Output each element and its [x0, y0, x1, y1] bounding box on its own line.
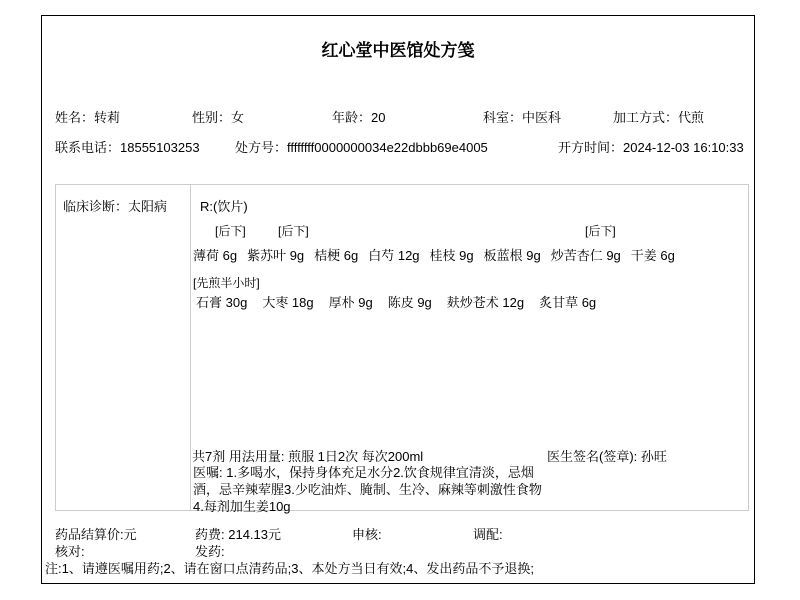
decoct-later-tag: [后下]	[278, 222, 309, 239]
medicine-item: 桂枝 9g	[430, 245, 474, 264]
medicine-item: 桔梗 6g	[314, 245, 358, 264]
medicine-row-2: 石膏 30g大枣 18g厚朴 9g陈皮 9g麸炒苍术 12g炙甘草 6g	[196, 292, 596, 311]
phone-value: 18555103253	[120, 140, 200, 155]
department-value: 中医科	[522, 110, 561, 125]
table-column-divider	[190, 185, 191, 510]
department-label: 科室：	[483, 110, 522, 125]
medicine-item: 大枣 18g	[262, 292, 313, 311]
open-time-field: 开方时间：2024-12-03 16:10:33	[558, 137, 744, 156]
patient-name-label: 姓名：	[55, 110, 94, 125]
open-time-value: 2024-12-03 16:10:33	[623, 140, 744, 155]
patient-age-value: 20	[371, 110, 385, 125]
review-label: 申核:	[352, 527, 382, 542]
doctor-signature-label: 医生签名(签章):	[547, 449, 641, 464]
decoct-later-tag: [后下]	[215, 222, 246, 239]
patient-age-field: 年龄：20	[332, 107, 385, 126]
diagnosis-label: 临床诊断：	[63, 199, 128, 214]
check-label: 核对:	[55, 544, 85, 559]
medicine-item: 炙甘草 6g	[539, 292, 596, 311]
diagnosis-field: 临床诊断：太阳病	[63, 196, 167, 215]
decoct-later-tag: [后下]	[585, 222, 616, 239]
diagnosis-value: 太阳病	[128, 199, 167, 214]
medicine-item: 白芍 12g	[368, 245, 419, 264]
medical-advice: 医嘱: 1.多喝水，保持身体充足水分2.饮食规律宜清淡，忌烟酒，忌辛辣荤腥3.少…	[193, 464, 543, 515]
medicine-item: 麸炒苍术 12g	[447, 292, 524, 311]
medicine-fee-value: 214.13元	[228, 527, 281, 542]
medicine-item: 厚朴 9g	[329, 292, 373, 311]
rx-number-label: 处方号：	[235, 140, 287, 155]
dispense-field: 调配:	[473, 524, 503, 543]
patient-gender-field: 性别：女	[192, 107, 244, 126]
settlement-price-value: 元	[124, 527, 137, 542]
doctor-signature-value: 孙旺	[641, 449, 667, 464]
processing-method-value: 代煎	[678, 110, 704, 125]
patient-name-field: 姓名：转莉	[55, 107, 120, 126]
rx-header: R:(饮片)	[200, 196, 248, 215]
medicine-item: 干姜 6g	[631, 245, 675, 264]
patient-gender-value: 女	[231, 110, 244, 125]
settlement-price-label: 药品结算价:	[55, 527, 124, 542]
open-time-label: 开方时间：	[558, 140, 623, 155]
page-title: 红心堂中医馆处方笺	[41, 36, 755, 61]
medicine-item: 石膏 30g	[196, 292, 247, 311]
dispense-label: 调配:	[473, 527, 503, 542]
phone-label: 联系电话：	[55, 140, 120, 155]
patient-name-value: 转莉	[94, 110, 120, 125]
rx-number-field: 处方号：ffffffff0000000034e22dbbb69e4005	[235, 137, 488, 156]
medicine-item: 板蓝根 9g	[484, 245, 541, 264]
dosage-usage-line: 共7剂 用法用量: 煎服 1日2次 每次200ml	[192, 446, 423, 465]
rx-number-value: ffffffff0000000034e22dbbb69e4005	[287, 140, 488, 155]
patient-age-label: 年龄：	[332, 110, 371, 125]
review-field: 申核:	[352, 524, 382, 543]
patient-gender-label: 性别：	[192, 110, 231, 125]
issue-label: 发药:	[195, 544, 225, 559]
processing-method-label: 加工方式：	[613, 110, 678, 125]
medicine-item: 紫苏叶 9g	[247, 245, 304, 264]
doctor-signature-field: 医生签名(签章): 孙旺	[547, 446, 667, 465]
medicine-item: 薄荷 6g	[193, 245, 237, 264]
department-field: 科室：中医科	[483, 107, 561, 126]
medicine-row-1: 薄荷 6g紫苏叶 9g桔梗 6g白芍 12g桂枝 9g板蓝根 9g炒苦杏仁 9g…	[193, 245, 675, 264]
medicine-item: 炒苦杏仁 9g	[551, 245, 621, 264]
medicine-fee-label: 药费:	[195, 527, 228, 542]
footer-note: 注:1、请遵医嘱用药;2、请在窗口点清药品;3、本处方当日有效;4、发出药品不予…	[45, 558, 534, 577]
phone-field: 联系电话：18555103253	[55, 137, 200, 156]
pre-decoct-tag: [先煎半小时]	[193, 274, 260, 291]
processing-method-field: 加工方式：代煎	[613, 107, 704, 126]
medicine-item: 陈皮 9g	[388, 292, 432, 311]
